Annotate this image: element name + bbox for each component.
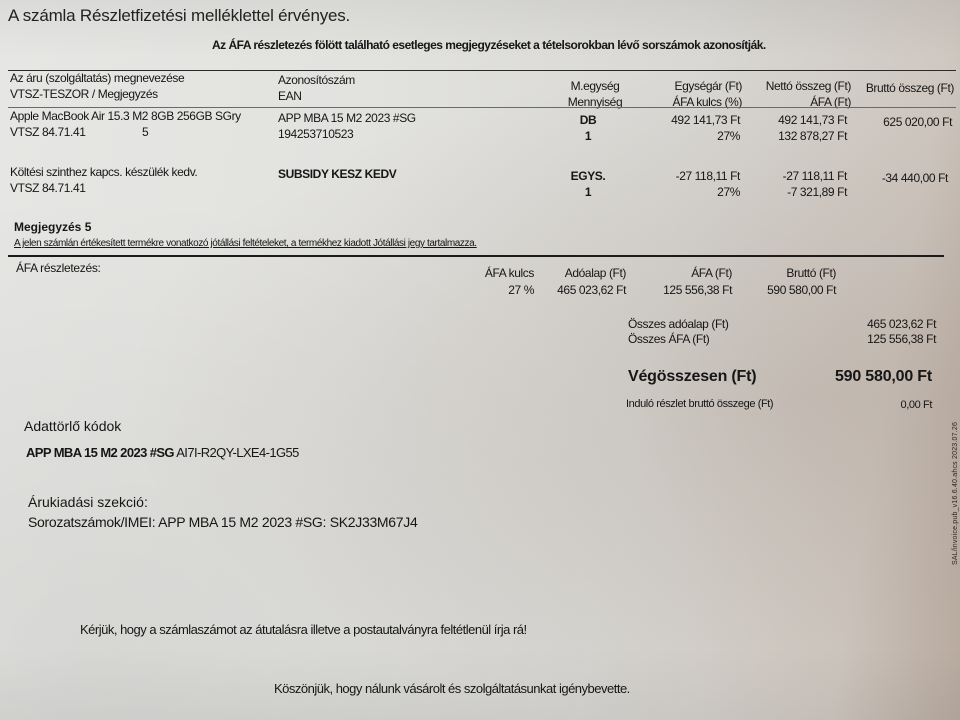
payment-request-text: Kérjük, hogy a számlaszámot az átutalásr…	[80, 622, 527, 637]
col-header-ean: EAN	[278, 88, 301, 104]
item-vtsz: VTSZ 84.71.41	[10, 180, 86, 196]
item-unit: DB	[560, 112, 616, 128]
vat-header-rate: ÁFA kulcs	[470, 265, 534, 281]
total-base-label: Összes adóalap (Ft)	[628, 317, 728, 331]
item-net: 492 141,73 Ft	[745, 112, 847, 128]
item-ean: 194253710523	[278, 126, 353, 142]
note-title: Megjegyzés 5	[14, 220, 91, 234]
total-vat-label: Összes ÁFA (Ft)	[628, 332, 709, 346]
note-text: A jelen számlán értékesített termékre vo…	[14, 238, 477, 249]
item-unit-price: -27 118,11 Ft	[640, 168, 740, 184]
data-deletion-code: APP MBA 15 M2 2023 #SG AI7I-R2QY-LXE4-1G…	[26, 445, 299, 460]
vat-breakdown-title: ÁFA részletezés:	[16, 261, 101, 275]
item-unit-price: 492 141,73 Ft	[640, 112, 740, 128]
installment-note: A számla Részletfizetési melléklettel ér…	[8, 6, 350, 26]
side-document-code: SAL/invoice.pub_v16.6.40.ahcs 2023.07.26	[952, 422, 959, 565]
item-vat-rate: 27%	[640, 184, 740, 200]
vat-header-vat: ÁFA (Ft)	[632, 265, 732, 281]
release-section-title: Árukiadási szekció:	[28, 494, 148, 510]
item-vat-amount: 132 878,27 Ft	[745, 128, 847, 144]
item-vat-rate: 27%	[640, 128, 740, 144]
vat-header-base: Adóalap (Ft)	[540, 265, 626, 281]
initial-installment-value: 0,00 Ft	[840, 399, 932, 411]
vat-amount: 125 556,38 Ft	[632, 282, 732, 298]
total-vat-value: 125 556,38 Ft	[800, 332, 936, 346]
vat-gross: 590 580,00 Ft	[740, 282, 836, 298]
item-vat-amount: -7 321,89 Ft	[745, 184, 847, 200]
deletion-code-value: AI7I-R2QY-LXE4-1G55	[176, 445, 299, 460]
vat-rate: 27 %	[470, 282, 534, 298]
item-net: -27 118,11 Ft	[745, 168, 847, 184]
total-base-value: 465 023,62 Ft	[800, 317, 936, 331]
vat-base: 465 023,62 Ft	[540, 282, 626, 298]
data-deletion-title: Adattörlő kódok	[24, 418, 121, 434]
item-quantity: 1	[560, 184, 616, 200]
col-header-unit: M.egység	[560, 78, 630, 94]
item-gross: 625 020,00 Ft	[852, 114, 952, 130]
serial-number-line: Sorozatszámok/IMEI: APP MBA 15 M2 2023 #…	[28, 514, 417, 530]
note-rule	[8, 255, 944, 257]
item-gross: -34 440,00 Ft	[852, 170, 948, 186]
item-name: Költési szinthez kapcs. készülék kedv.	[10, 164, 197, 180]
initial-installment-label: Induló részlet bruttó összege (Ft)	[626, 398, 773, 410]
col-header-vtsz: VTSZ-TESZOR / Megjegyzés	[10, 86, 158, 102]
item-vtsz: VTSZ 84.71.41	[10, 124, 86, 140]
col-header-unit-price: Egységár (Ft)	[640, 78, 742, 94]
item-note-ref: 5	[142, 124, 148, 140]
item-unit: EGYS.	[560, 168, 616, 184]
vat-header-gross: Bruttó (Ft)	[740, 265, 836, 281]
grand-total-label: Végösszesen (Ft)	[628, 368, 756, 386]
item-id: SUBSIDY KESZ KEDV	[278, 166, 396, 182]
col-header-gross: Bruttó összeg (Ft)	[852, 80, 954, 96]
item-id: APP MBA 15 M2 2023 #SG	[278, 110, 416, 126]
col-header-id: Azonosítószám	[278, 72, 355, 88]
vat-reference-note: Az ÁFA részletezés fölött található eset…	[212, 38, 766, 52]
item-name: Apple MacBook Air 15.3 M2 8GB 256GB SGry	[10, 108, 241, 124]
item-quantity: 1	[560, 128, 616, 144]
deletion-product: APP MBA 15 M2 2023 #SG	[26, 445, 174, 460]
col-header-name: Az áru (szolgáltatás) megnevezése	[10, 70, 184, 86]
grand-total-value: 590 580,00 Ft	[780, 368, 932, 386]
col-header-net: Nettó összeg (Ft)	[745, 78, 851, 94]
thanks-text: Köszönjük, hogy nálunk vásárolt és szolg…	[274, 681, 630, 696]
